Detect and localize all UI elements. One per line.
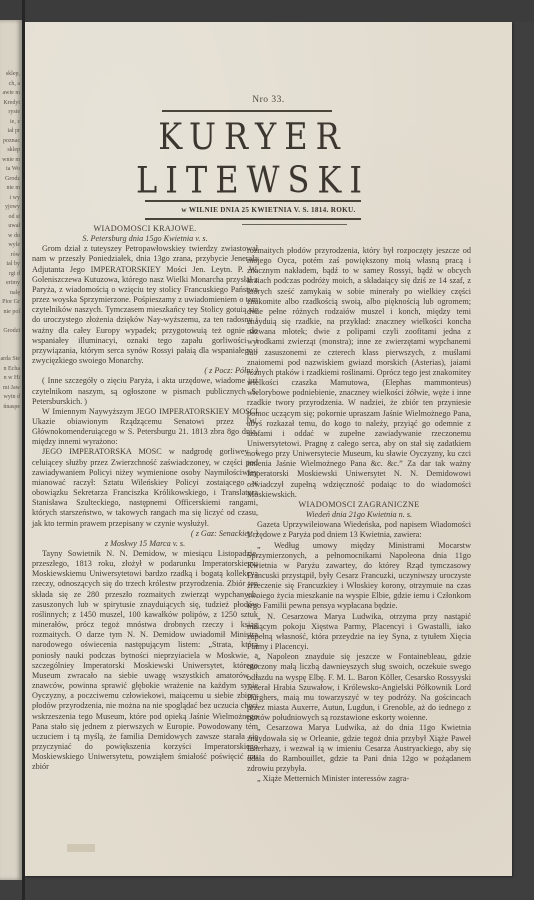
article-paragraph: „ Xiąże Metternich Minister interessów z… [247, 774, 471, 784]
dateline-rule-bottom [145, 218, 361, 220]
article-paragraph: ( Inne szczegóły o zięciu Paryża, i akta… [32, 376, 258, 406]
newspaper-page: Nro 33. KURYER LITEWSKI w WILNIE DNIA 25… [25, 22, 512, 876]
previous-page-fragment [0, 336, 22, 346]
dateline-rule-top [145, 200, 361, 202]
previous-page-fragment: rów [0, 251, 22, 261]
section-heading-foreign: WIADOMOSCI ZAGRANICZNE [247, 500, 471, 510]
article-paragraph: „ Cesarzowa Marya Ludwika, aż do dnia 11… [247, 723, 471, 774]
previous-page-fragment: n Echa [0, 365, 22, 375]
newspaper-title: KURYER LITEWSKI [33, 114, 473, 201]
previous-page-fragment: i wy [0, 194, 22, 204]
previous-page-fragment: nie pol [0, 308, 22, 318]
previous-page-fragment: nalę [0, 289, 22, 299]
previous-page-fragment: ie, z [0, 118, 22, 128]
previous-page-fragment: n w Hi [0, 374, 22, 384]
previous-page-fragment: Pior Gr [0, 298, 22, 308]
previous-page-fragment: w do [0, 232, 22, 242]
source-citation: ( z Pocz: Półn: ) [32, 366, 258, 376]
previous-page-fragment: iał pr [0, 127, 22, 137]
previous-page-fragment: od st [0, 213, 22, 223]
previous-page-fragment [0, 317, 22, 327]
source-citation: ( z Gaz: Senackiey. ) [32, 529, 258, 539]
viewer-top-band [0, 0, 534, 22]
previous-page-fragment: ch, a [0, 80, 22, 90]
previous-page-fragment: tal by [0, 260, 22, 270]
previous-page-fragment: poznac [0, 137, 22, 147]
previous-page-fragment: arda Ste [0, 355, 22, 365]
article-paragraph: Tayny Sowietnik N. N. Demidow, w miesiąc… [32, 549, 258, 772]
article-paragraph: JEGO IMPERATORSKA MOSC w nadgrodę gorliw… [32, 447, 258, 528]
previous-page-fragment: sklep [0, 146, 22, 156]
previous-page-fragment: wnie m [0, 156, 22, 166]
issue-number: Nro 33. [25, 95, 512, 105]
previous-page-fragment: ta Wo [0, 165, 22, 175]
previous-page-fragment: wytn d [0, 393, 22, 403]
previous-page-fragment: nie m [0, 184, 22, 194]
article-paragraph: Gazeta Uprzywileiowana Wiedeńska, pod na… [247, 520, 471, 540]
previous-page-fragment: rgi d [0, 270, 22, 280]
previous-page-fragment: awie m [0, 89, 22, 99]
previous-page-fragment: Grodz [0, 175, 22, 185]
previous-page-fragment: sklep, [0, 70, 22, 80]
article-paragraph: rozmaitych płodów przyrodzenia, który by… [247, 246, 471, 500]
previous-page-fragment: wyle [0, 241, 22, 251]
previous-page-fragment: ńnaspe [0, 403, 22, 413]
previous-page-fragment: Grodzi [0, 327, 22, 337]
left-column: WIADOMOSCI KRAJOWE. S. Petersburg dnia 1… [32, 224, 258, 772]
article-paragraph: W Imiennym Naywyższym JEGO IMPERATORSKIE… [32, 407, 258, 448]
previous-page-strip: sklep,ch, aawie mKredytrysieie, ział prp… [0, 20, 22, 880]
dateline: w WILNIE DNIA 25 KWIETNIA V. S. 1814. RO… [25, 206, 512, 214]
previous-page-fragment: Kredyt [0, 99, 22, 109]
previous-page-fragment: uwał [0, 222, 22, 232]
masthead-rule-top [162, 110, 332, 112]
dateline-petersburg: S. Petersburg dnia 15go Kwietnia v. s. [32, 234, 258, 244]
previous-page-fragment: yjowy [0, 203, 22, 213]
article-paragraph: „ N. Cesarzowa Marya Ludwika, otrzyma pr… [247, 612, 471, 653]
right-column: rozmaitych płodów przyrodzenia, który by… [247, 246, 471, 784]
dateline-vienna: Wiedeń dnia 21go Kwietnia n. s. [247, 510, 471, 520]
article-paragraph: „ Według umowy między Ministrami Mocarst… [247, 541, 471, 612]
article-paragraph: Grom dział z tuteyszey Petropawłowskiey … [32, 244, 258, 366]
article-paragraph: „ Napoleon znayduie się jeszcze w Fontai… [247, 652, 471, 723]
section-heading-domestic: WIADOMOSCI KRAJOWE. [32, 224, 258, 234]
previous-page-fragment: erimy [0, 279, 22, 289]
previous-page-fragment [0, 346, 22, 356]
previous-page-fragment: mi Jaw [0, 384, 22, 394]
previous-page-text: sklep,ch, aawie mKredytrysieie, ział prp… [0, 70, 22, 412]
dateline-moscow: z Moskwy 15 Marca v. s. [32, 539, 258, 549]
previous-page-fragment: rysie [0, 108, 22, 118]
library-stamp [67, 844, 95, 852]
